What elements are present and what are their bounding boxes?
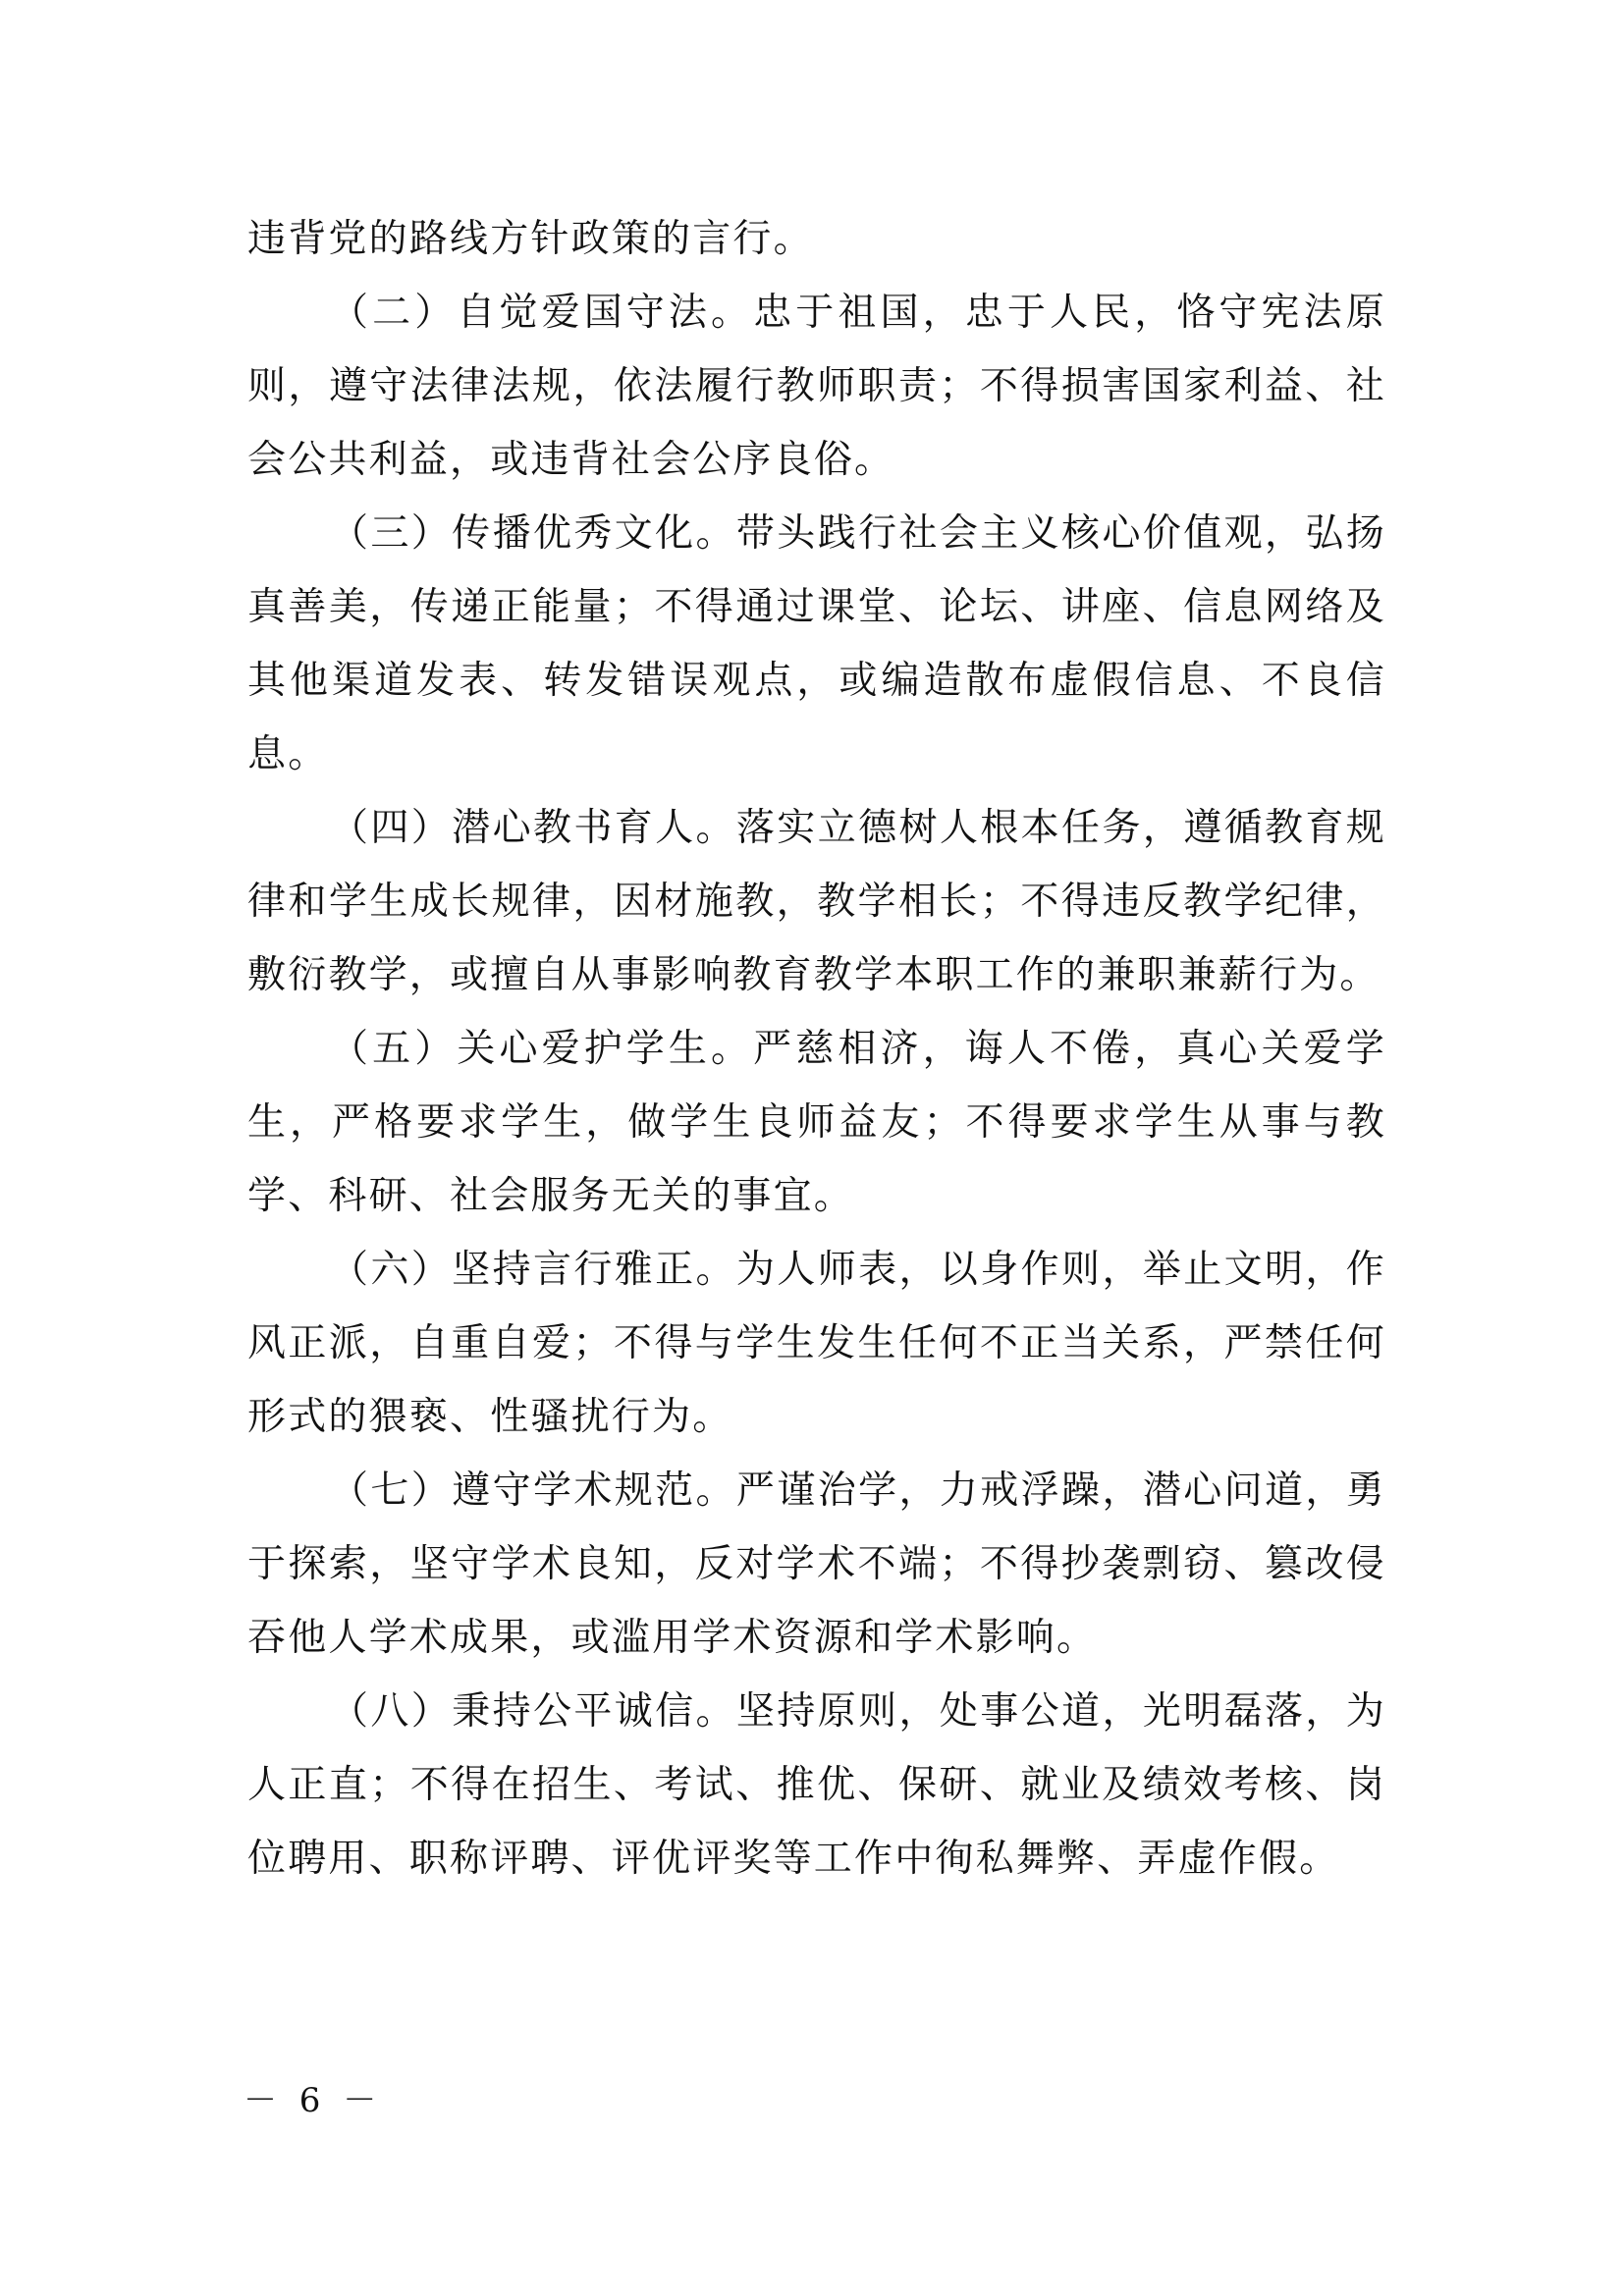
paragraph-item-7-academic-norms: （七）遵守学术规范。严谨治学，力戒浮躁，潜心问道，勇于探索，坚守学术良知，反对学… — [247, 1454, 1386, 1675]
paragraph-item-3-culture: （三）传播优秀文化。带头践行社会主义核心价值观，弘扬真善美，传递正能量；不得通过… — [247, 497, 1386, 791]
body-text: 违背党的路线方针政策的言行。 （二）自觉爱国守法。忠于祖国，忠于人民，恪守宪法原… — [247, 202, 1386, 1896]
document-page: 违背党的路线方针政策的言行。 （二）自觉爱国守法。忠于祖国，忠于人民，恪守宪法原… — [0, 0, 1624, 2296]
page-number: － 6 － — [244, 2079, 382, 2122]
paragraph-item-6-conduct: （六）坚持言行雅正。为人师表，以身作则，举止文明，作风正派，自重自爱；不得与学生… — [247, 1233, 1386, 1454]
paragraph-item-5-care-students: （五）关心爱护学生。严慈相济，诲人不倦，真心关爱学生，严格要求学生，做学生良师益… — [247, 1012, 1386, 1233]
paragraph-item-4-teaching: （四）潜心教书育人。落实立德树人根本任务，遵循教育规律和学生成长规律，因材施教，… — [247, 791, 1386, 1012]
paragraph-continuation: 违背党的路线方针政策的言行。 — [247, 202, 1386, 276]
paragraph-item-2-patriotism-law: （二）自觉爱国守法。忠于祖国，忠于人民，恪守宪法原则，遵守法律法规，依法履行教师… — [247, 276, 1386, 497]
paragraph-item-8-fairness: （八）秉持公平诚信。坚持原则，处事公道，光明磊落，为人正直；不得在招生、考试、推… — [247, 1675, 1386, 1896]
